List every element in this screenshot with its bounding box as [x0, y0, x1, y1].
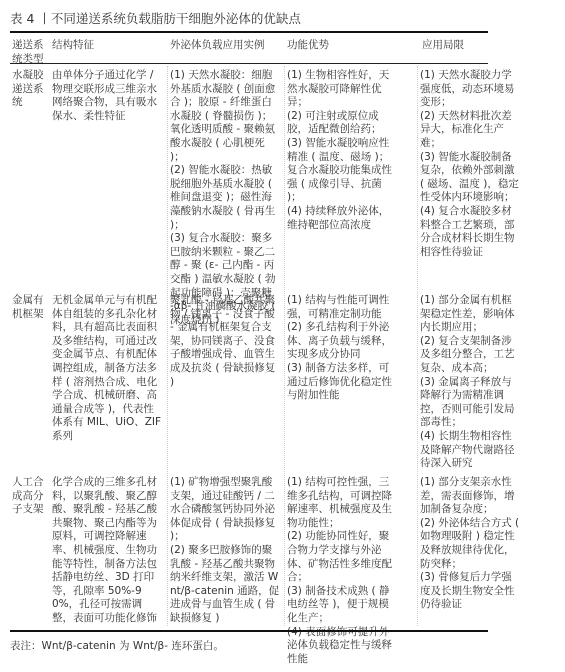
- column-separator: [417, 66, 418, 626]
- cell-advantages: (1) 结构可控性强，三维多孔结构，可调控降解速率、机械强度及生物功能性； (2…: [287, 476, 399, 666]
- table-header-rule: [10, 63, 488, 64]
- advantage-item: (3) 制备方法多样，可通过后修饰优化稳定性与附加性能: [287, 362, 399, 403]
- cell-limitations: (1) 部分金属有机框架稳定性差，影响体内长期应用； (2) 复合支架制备涉及多…: [420, 294, 520, 471]
- limitation-item: (1) 部分支架亲水性差，需表面修饰，增加制备复杂度；: [420, 476, 520, 517]
- advantage-item: (3) 智能水凝胶响应性精准 ( 温度、磁场 )；复合水凝胶功能集成性强 ( 成…: [287, 137, 399, 205]
- example-item: 聚乳酸 - 羟基乙酸共聚物 / 镁离子 - 没食子酸 - 金属有机框架复合支架，…: [170, 294, 280, 389]
- cell-structure: 由单体分子通过化学 / 物理交联形成三维亲水网络聚合物，具有吸水保水、柔性特征: [52, 69, 162, 123]
- advantage-item: (2) 多孔结构利于外泌体、离子负载与缓释，实现多成分协同: [287, 321, 399, 362]
- cell-type: 水凝胶递送系统: [12, 69, 50, 110]
- cell-examples: (1) 天然水凝胶：细胞外基质水凝胶 ( 创面愈合 )；胶原 - 纤维蛋白水凝胶…: [170, 69, 280, 327]
- example-item: (2) 聚多巴胺修饰的聚乳酸 - 羟基乙酸共聚物纳米纤维支架，激活 Wnt/β-…: [170, 544, 280, 626]
- column-separator: [167, 66, 168, 626]
- cell-examples: (1) 矿物增强型聚乳酸支架，通过硅酸钙 / 二水合磷酸氢钙协同外泌体促成骨 (…: [170, 476, 280, 626]
- limitation-item: (3) 骨修复后力学强度及长期生物安全性仍待验证: [420, 571, 520, 612]
- table-note: 表注：Wnt/β-catenin 为 Wnt/β- 连环蛋白。: [10, 639, 224, 653]
- cell-type: 金属有机框架: [12, 294, 50, 321]
- example-item: (1) 矿物增强型聚乳酸支架，通过硅酸钙 / 二水合磷酸氢钙协同外泌体促成骨 (…: [170, 476, 280, 544]
- advantage-item: (1) 生物相容性好，天然水凝胶可降解性优异；: [287, 69, 399, 110]
- column-separator: [284, 66, 285, 626]
- limitation-item: (2) 外泌体结合方式 ( 如物理吸附 ) 稳定性及释放规律待优化，防突释；: [420, 517, 520, 571]
- cell-limitations: (1) 部分支架亲水性差，需表面修饰，增加制备复杂度； (2) 外泌体结合方式 …: [420, 476, 520, 612]
- cell-structure: 化学合成的三维多孔材料，以聚乳酸、聚乙醇酸、聚乳酸 - 羟基乙酸共聚物、聚己内酯…: [52, 476, 162, 626]
- cell-limitations: (1) 天然水凝胶力学强度低，动态环境易变形； (2) 天然材料批次差异大，标准…: [420, 69, 520, 259]
- header-limitations: 应用局限: [422, 38, 522, 52]
- cell-examples: 聚乳酸 - 羟基乙酸共聚物 / 镁离子 - 没食子酸 - 金属有机框架复合支架，…: [170, 294, 280, 389]
- limitation-item: (1) 部分金属有机框架稳定性差，影响体内长期应用；: [420, 294, 520, 335]
- table-bottom-rule: [10, 630, 488, 632]
- table-title: 表 4 丨不同递送系统负载脂肪干细胞外泌体的优缺点: [10, 11, 301, 27]
- cell-structure: 无机金属单元与有机配体自组装的多孔杂化材料，具有超高比表面积及多维结构，可通过改…: [52, 294, 162, 444]
- limitation-item: (4) 长期生物相容性及降解产物代谢路径待深入研究: [420, 430, 520, 471]
- advantage-item: (4) 持续释放外泌体，维持靶部位高浓度: [287, 205, 399, 232]
- header-structure: 结构特征: [52, 38, 162, 52]
- example-item: (1) 天然水凝胶：细胞外基质水凝胶 ( 创面愈合 )；胶原 - 纤维蛋白水凝胶…: [170, 69, 280, 164]
- limitation-item: (2) 天然材料批次差异大，标准化生产难；: [420, 110, 520, 151]
- table-top-rule: [10, 31, 488, 33]
- header-advantages: 功能优势: [287, 38, 399, 52]
- header-type: 递送系统类型: [12, 38, 50, 66]
- limitation-item: (4) 复合水凝胶多材料整合工艺繁琐，部分合成材料长期生物相容性待验证: [420, 205, 520, 259]
- cell-advantages: (1) 结构与性能可调性强，可精准定制功能 (2) 多孔结构利于外泌体、离子负载…: [287, 294, 399, 403]
- advantage-item: (2) 可注射或原位成胶，适配微创给药；: [287, 110, 399, 137]
- table-header-row: 递送系统类型 结构特征 外泌体负载应用实例 功能优势 应用局限: [10, 38, 488, 64]
- limitation-item: (3) 智能水凝胶制备复杂，依赖外部刺激 ( 磁场、温度 )，稳定性受体内环境影…: [420, 151, 520, 205]
- limitation-item: (2) 复合支架制备涉及多组分整合，工艺复杂、成本高；: [420, 335, 520, 376]
- advantage-item: (1) 结构可控性强，三维多孔结构，可调控降解速率、机械强度及生物功能性；: [287, 476, 399, 530]
- cell-type: 人工合成高分子支架: [12, 476, 50, 517]
- advantage-item: (2) 功能协同性好，聚合物力学支撑与外泌体、矿物活性多维度配合；: [287, 530, 399, 584]
- cell-advantages: (1) 生物相容性好，天然水凝胶可降解性优异； (2) 可注射或原位成胶，适配微…: [287, 69, 399, 232]
- header-examples: 外泌体负载应用实例: [170, 38, 280, 52]
- advantage-item: (1) 结构与性能可调性强，可精准定制功能: [287, 294, 399, 321]
- limitation-item: (3) 金属离子释放与降解行为需精准调控，否则可能引发局部毒性；: [420, 376, 520, 430]
- advantage-item: (3) 制备技术成熟 ( 静电纺丝等 )，便于规模化生产；: [287, 585, 399, 626]
- example-item: (2) 智能水凝胶：热敏脱细胞外基质水凝胶 ( 椎间盘退变 )；磁性海藻酸钠水凝…: [170, 164, 280, 232]
- limitation-item: (1) 天然水凝胶力学强度低，动态环境易变形；: [420, 69, 520, 110]
